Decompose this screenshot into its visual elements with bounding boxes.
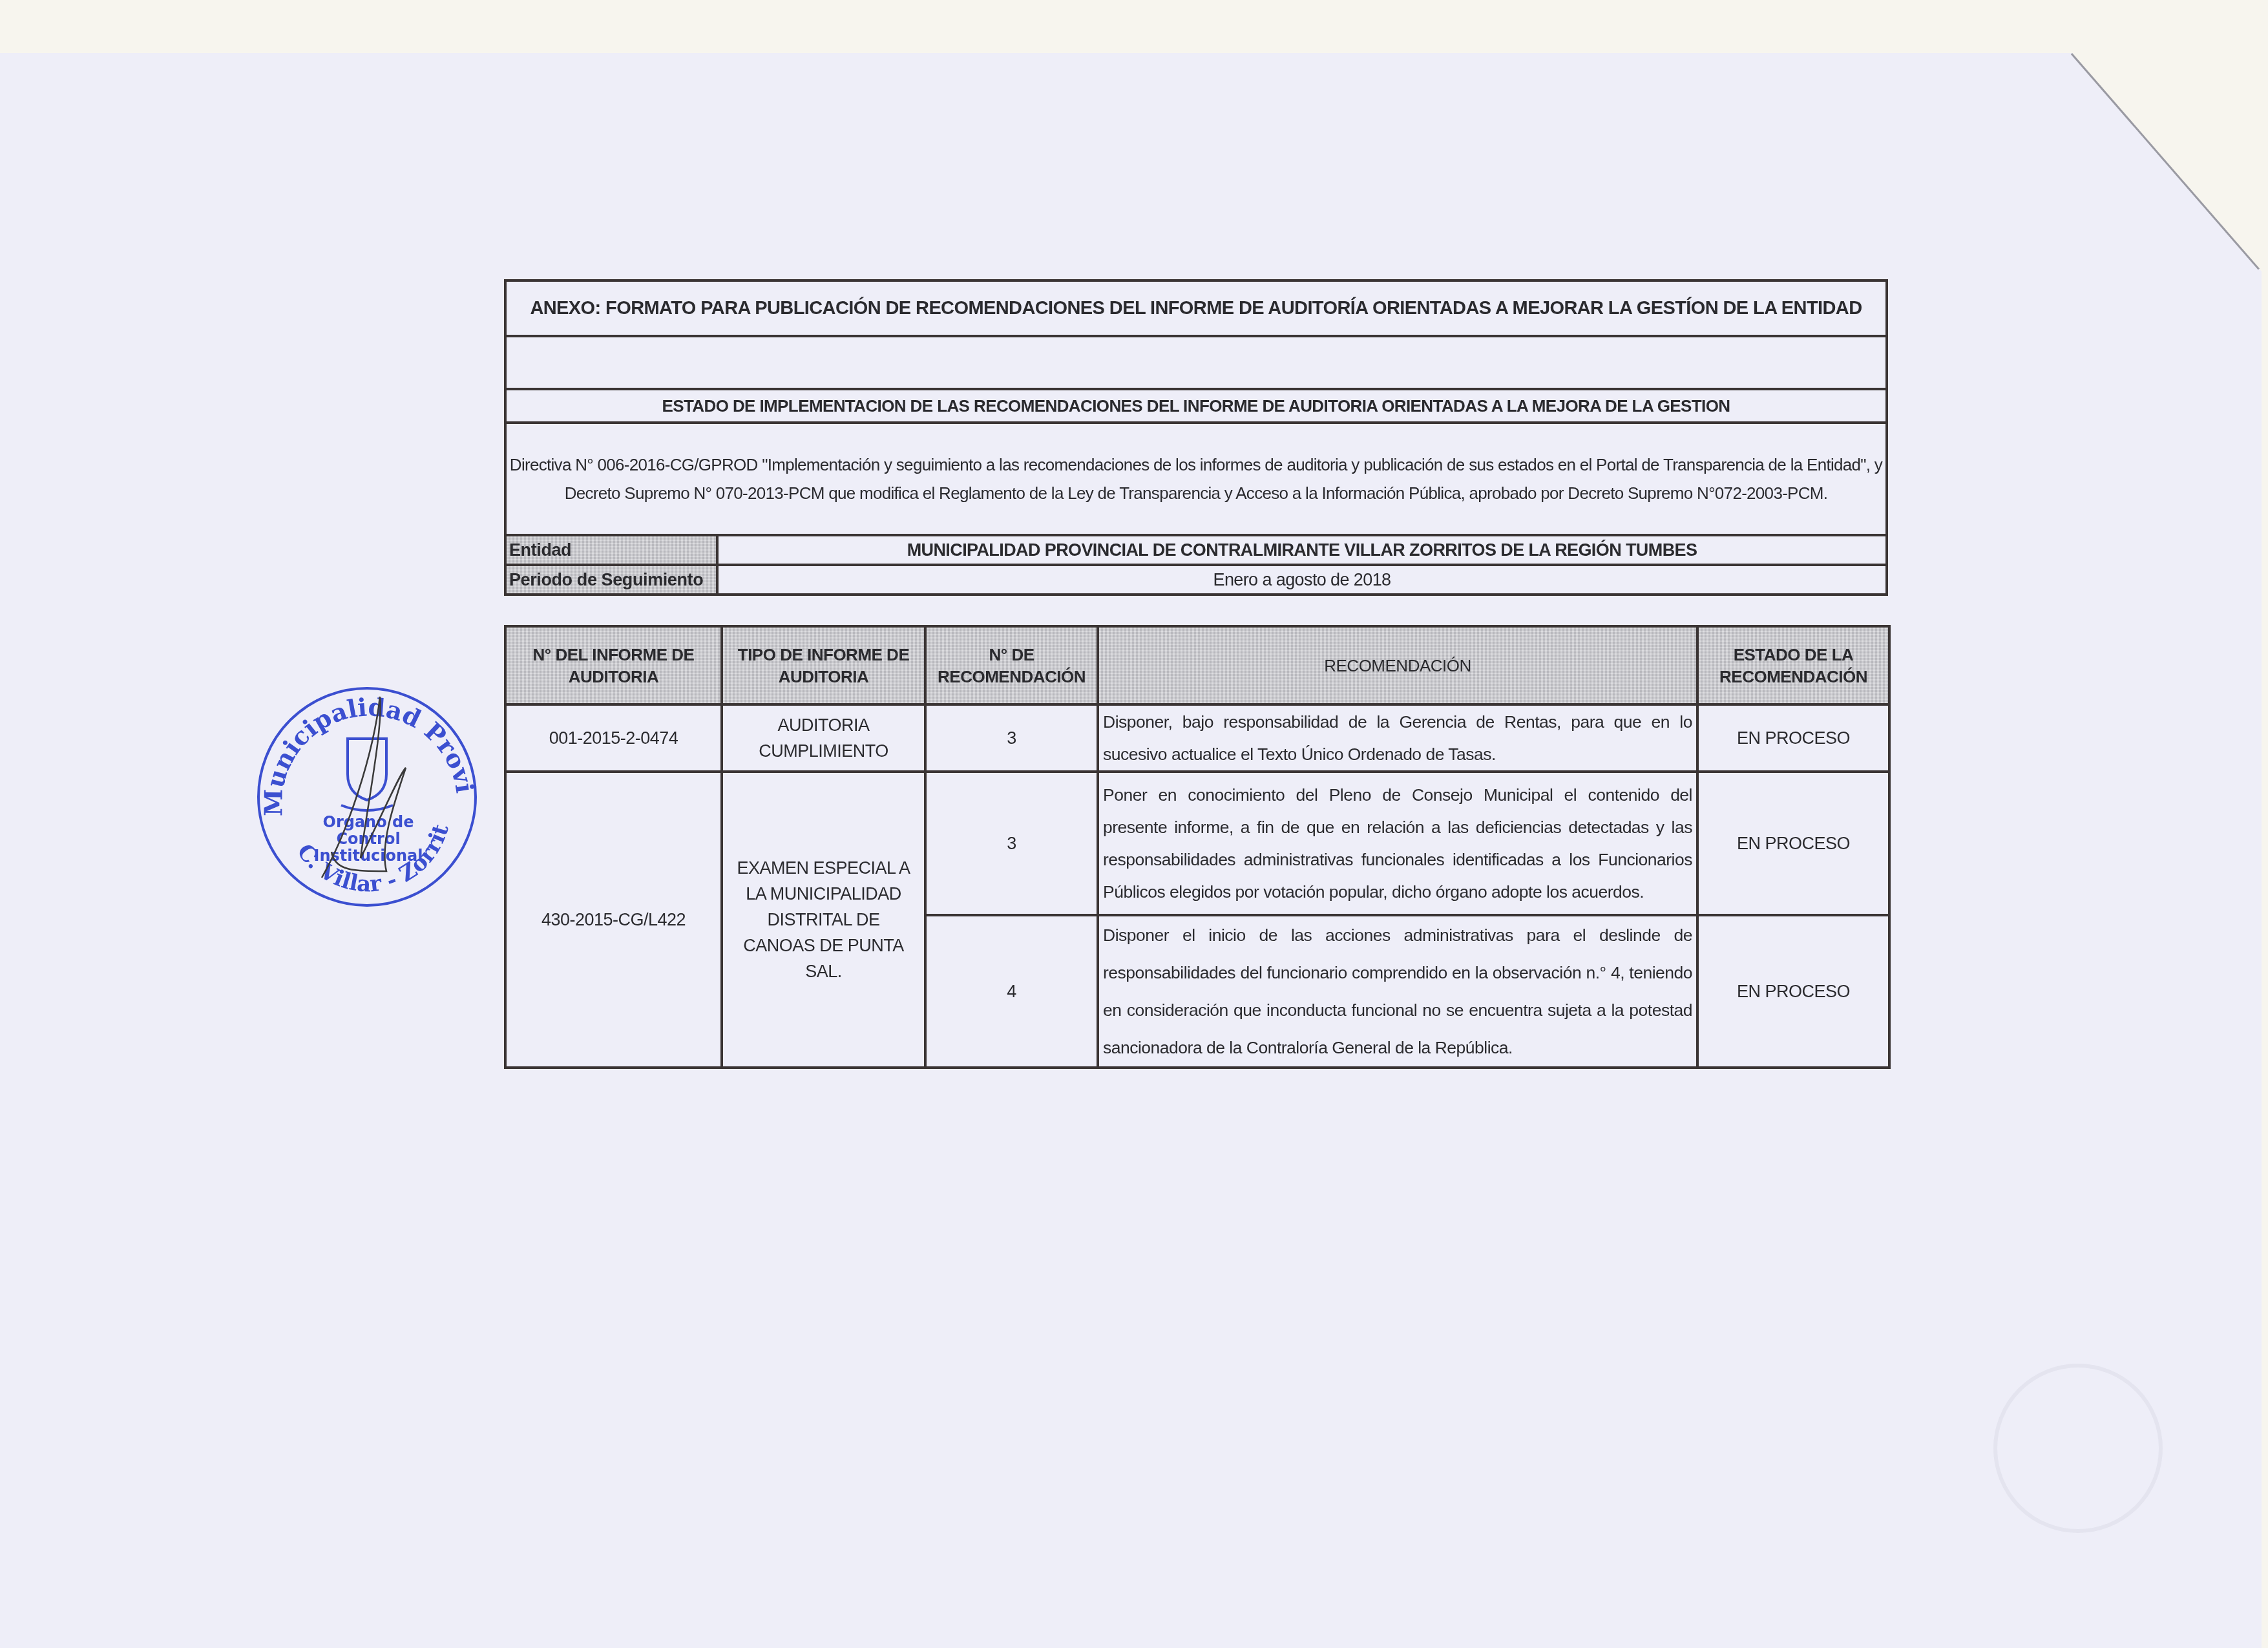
header-report-number: N° DEL INFORME DE AUDITORIA [505,626,722,704]
table-row: 430-2015-CG/L422 EXAMEN ESPECIAL A LA MU… [505,772,1889,915]
entity-label: Entidad [505,535,717,565]
stamp-top-text: Municipalidad Provincial [251,677,479,816]
bleed-through-stamp [1993,1364,2163,1533]
coat-of-arms-icon [348,739,386,800]
recommendation-text: Disponer, bajo responsabilidad de la Ger… [1098,704,1697,772]
recommendation-number: 3 [925,704,1098,772]
table-row: 001-2015-2-0474 AUDITORIA CUMPLIMIENTO 3… [505,704,1889,772]
blank-row [505,336,1887,389]
table-header-row: N° DEL INFORME DE AUDITORIA TIPO DE INFO… [505,626,1889,704]
header-recommendation: RECOMENDACIÓN [1098,626,1697,704]
official-stamp: Municipalidad Provincial C. Villar - Zor… [251,677,483,916]
directive-text: Directiva N° 006-2016-CG/GPROD "Implemen… [505,423,1887,535]
header-recommendation-status: ESTADO DE LA RECOMENDACIÓN [1697,626,1889,704]
recommendation-text: Poner en conocimiento del Pleno de Conse… [1098,772,1697,915]
report-type: AUDITORIA CUMPLIMIENTO [722,704,925,772]
recommendation-text: Disponer el inicio de las acciones admin… [1098,915,1697,1068]
recommendation-status: EN PROCESO [1697,704,1889,772]
recommendations-table: N° DEL INFORME DE AUDITORIA TIPO DE INFO… [504,625,1891,1069]
stamp-center-line: Organo de [323,813,414,831]
entity-value: MUNICIPALIDAD PROVINCIAL DE CONTRALMIRAN… [717,535,1887,565]
recommendation-number: 3 [925,772,1098,915]
recommendation-status: EN PROCESO [1697,915,1889,1068]
status-title: ESTADO DE IMPLEMENTACION DE LAS RECOMEND… [505,389,1887,423]
stamp-center-line: Control [336,830,400,848]
period-label: Periodo de Seguimiento [505,565,717,595]
recommendation-status: EN PROCESO [1697,772,1889,915]
report-number: 430-2015-CG/L422 [505,772,722,1068]
annex-title: ANEXO: FORMATO PARA PUBLICACIÓN DE RECOM… [505,280,1887,336]
recommendation-number: 4 [925,915,1098,1068]
report-type: EXAMEN ESPECIAL A LA MUNICIPALIDAD DISTR… [722,772,925,1068]
header-recommendation-number: N° DE RECOMENDACIÓN [925,626,1098,704]
report-number: 001-2015-2-0474 [505,704,722,772]
period-value: Enero a agosto de 2018 [717,565,1887,595]
header-block: ANEXO: FORMATO PARA PUBLICACIÓN DE RECOM… [504,279,1888,596]
header-report-type: TIPO DE INFORME DE AUDITORIA [722,626,925,704]
